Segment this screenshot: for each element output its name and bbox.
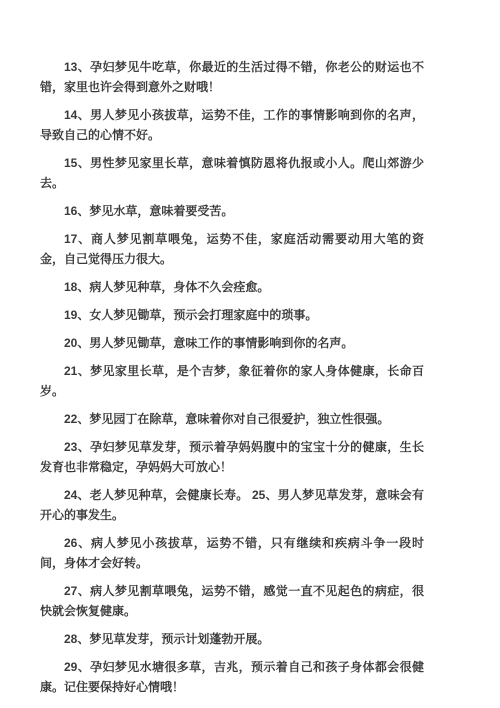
dream-entry-16: 16、梦见水草，意味着要受苦。 — [40, 201, 424, 221]
dream-entry-20: 20、男人梦见锄草，意味工作的事情影响到你的名声。 — [40, 333, 424, 353]
dream-entry-15: 15、男性梦见家里长草，意味着慎防恩将仇报或小人。爬山郊游少去。 — [40, 153, 424, 193]
dream-entry-21: 21、梦见家里长草，是个吉梦，象征着你的家人身体健康，长命百岁。 — [40, 361, 424, 401]
dream-entry-13: 13、孕妇梦见牛吃草，你最近的生活过得不错，你老公的财运也不错，家里也许会得到意… — [40, 57, 424, 97]
dream-entry-23: 23、孕妇梦见草发芽，预示着孕妈妈腹中的宝宝十分的健康，生长发育也非常稳定，孕妈… — [40, 437, 424, 477]
dream-entry-29: 29、孕妇梦见水塘很多草，吉兆，预示着自己和孩子身体都会很健康。记住要保持好心情… — [40, 657, 424, 697]
dream-entry-28: 28、梦见草发芽，预示计划蓬勃开展。 — [40, 629, 424, 649]
dream-entry-26: 26、病人梦见小孩拔草，运势不错，只有继续和疾病斗争一段时间，身体才会好转。 — [40, 533, 424, 573]
dream-entry-17: 17、商人梦见割草喂兔，运势不佳，家庭活动需要动用大笔的资金，自己觉得压力很大。 — [40, 229, 424, 269]
dream-entry-24-25: 24、老人梦见种草，会健康长寿。 25、男人梦见草发芽，意味会有开心的事发生。 — [40, 485, 424, 525]
dream-entry-19: 19、女人梦见锄草，预示会打理家庭中的琐事。 — [40, 305, 424, 325]
document-page: 13、孕妇梦见牛吃草，你最近的生活过得不错，你老公的财运也不错，家里也许会得到意… — [0, 0, 500, 708]
dream-entry-27: 27、病人梦见割草喂兔，运势不错，感觉一直不见起色的病症，很快就会恢复健康。 — [40, 581, 424, 621]
dream-entry-14: 14、男人梦见小孩拔草，运势不佳，工作的事情影响到你的名声，导致自己的心情不好。 — [40, 105, 424, 145]
dream-entry-22: 22、梦见园丁在除草，意味着你对自己很爱护，独立性很强。 — [40, 409, 424, 429]
dream-entry-18: 18、病人梦见种草，身体不久会痊愈。 — [40, 277, 424, 297]
